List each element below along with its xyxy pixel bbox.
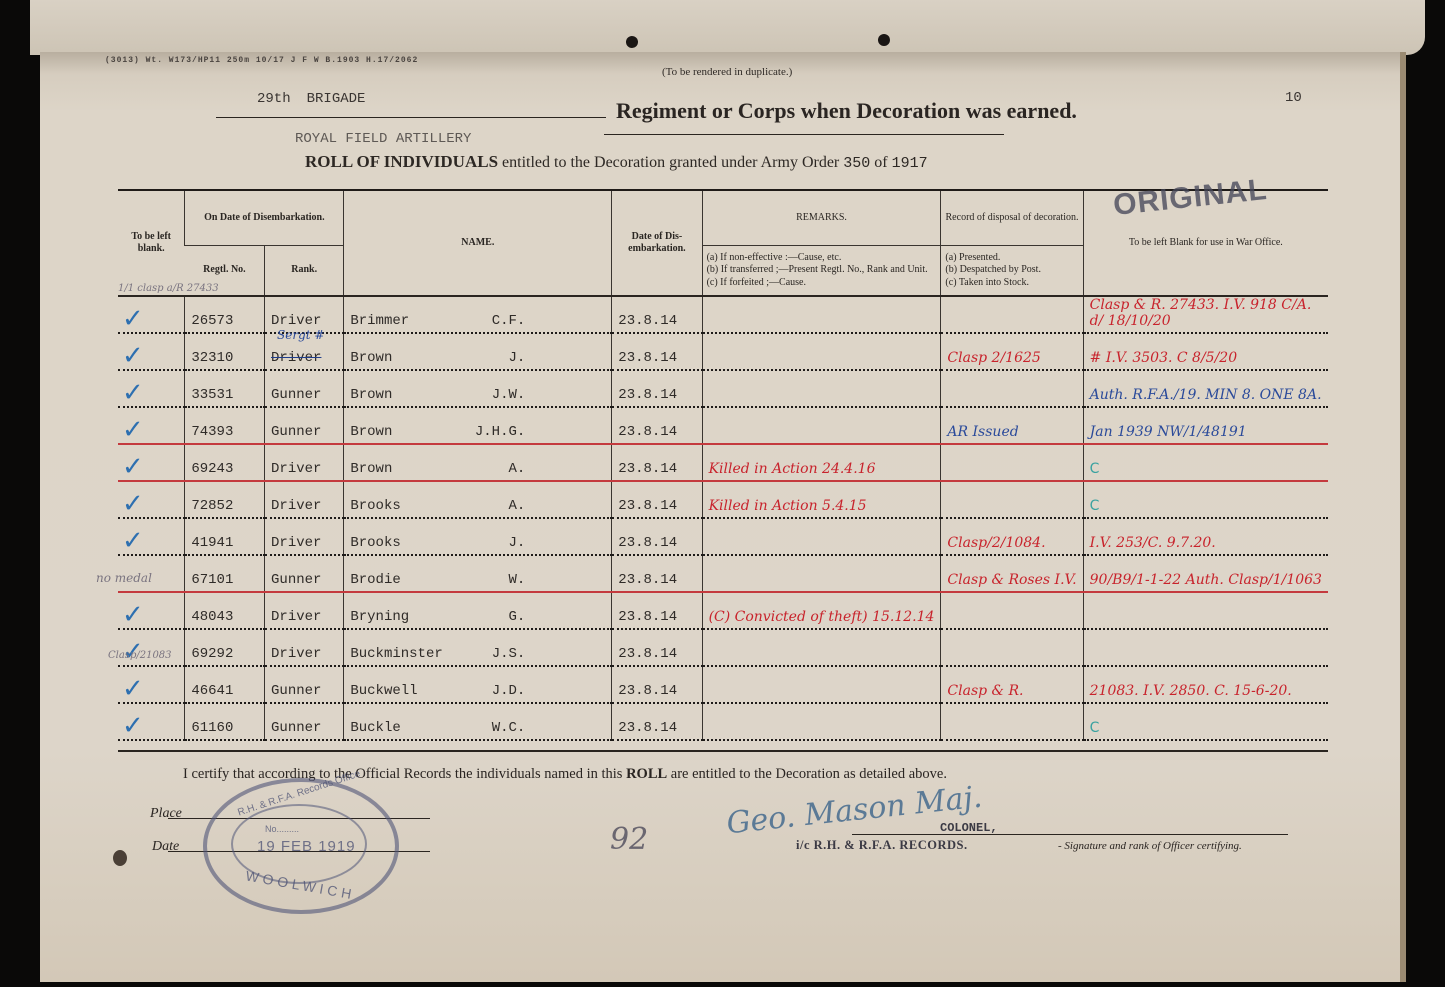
disposal: Clasp & Roses I.V. [941, 555, 1083, 592]
regtl-no: 41941 [185, 518, 265, 555]
table-row: ✓48043DriverBryningG.23.8.14(C) Convicte… [118, 592, 1328, 629]
name-cell: BrimmerC.F. [344, 296, 612, 333]
rank-correction: Sergt # [277, 328, 324, 342]
table-row: ✓41941DriverBrooksJ.23.8.14Clasp/2/1084.… [118, 518, 1328, 555]
name-cell: BrownA. [344, 444, 612, 481]
date: 23.8.14 [612, 481, 702, 518]
rank: Gunner [265, 555, 344, 592]
rank-line [1040, 834, 1288, 835]
disposal-b: (b) Despatched by Post. [945, 264, 1078, 277]
remarks: (C) Convicted of theft) 15.12.14 [702, 592, 941, 629]
surname: Brown [350, 350, 392, 366]
regtl-no: 32310 [185, 333, 265, 370]
binding-hole [878, 34, 890, 46]
page-number: 10 [1285, 90, 1302, 106]
war-office-note: I.V. 253/C. 9.7.20. [1083, 518, 1328, 555]
regtl-no: 46641 [185, 666, 265, 703]
regtl-no: 69292 [185, 629, 265, 666]
table-row: ✓72852DriverBrooksA.23.8.14Killed in Act… [118, 481, 1328, 518]
remarks [702, 333, 941, 370]
header-remarks-detail: (a) If non-effective :—Cause, etc. (b) I… [702, 246, 941, 297]
remarks-a: (a) If non-effective :—Cause, etc. [707, 252, 937, 265]
regtl-no: 67101 [185, 555, 265, 592]
certify-prefix: I certify that according to the Official… [183, 766, 622, 782]
roll-prefix: ROLL OF INDIVIDUALS [305, 152, 498, 171]
remarks: Killed in Action 24.4.16 [702, 444, 941, 481]
remarks [702, 555, 941, 592]
table-row: ✓69243DriverBrownA.23.8.14Killed in Acti… [118, 444, 1328, 481]
header-disposal-detail: (a) Presented. (b) Despatched by Post. (… [941, 246, 1083, 297]
war-office-note: # I.V. 3503. C 8/5/20 [1083, 333, 1328, 370]
date: 23.8.14 [612, 407, 702, 444]
date: 23.8.14 [612, 296, 702, 333]
disposal [941, 370, 1083, 407]
disposal-c: (c) Taken into Stock. [945, 277, 1078, 290]
surname: Brooks [350, 498, 400, 514]
war-office-note: C [1083, 481, 1328, 518]
roll-table: To be left blank. On Date of Disembarkat… [118, 189, 1328, 741]
initials: J. [508, 350, 525, 366]
roll-heading: ROLL OF INDIVIDUALS entitled to the Deco… [305, 152, 928, 172]
remarks [702, 666, 941, 703]
rank: Gunner [265, 370, 344, 407]
check-mark-icon: ✓ [122, 378, 144, 408]
surname: Buckle [350, 720, 400, 736]
name-cell: BryningG. [344, 592, 612, 629]
remarks: Killed in Action 5.4.15 [702, 481, 941, 518]
surname: Brooks [350, 535, 400, 551]
initials: J.W. [492, 387, 526, 403]
disposal-a: (a) Presented. [945, 252, 1078, 265]
remarks-c: (c) If forfeited ;—Cause. [707, 277, 937, 290]
table-row: ✓74393GunnerBrownJ.H.G.23.8.14AR IssuedJ… [118, 407, 1328, 444]
check-mark-icon: ✓ [122, 600, 144, 630]
date: 23.8.14 [612, 333, 702, 370]
brigade-underline [216, 117, 606, 118]
war-office-note [1083, 592, 1328, 629]
initials: G. [508, 609, 525, 625]
check-mark-icon: ✓ [122, 526, 144, 556]
surname: Brodie [350, 572, 400, 588]
table-bottom-rule [118, 750, 1328, 752]
disposal: AR Issued [941, 407, 1083, 444]
name-cell: BrownJ. [344, 333, 612, 370]
print-code: (3013) Wt. W173/HP11 250m 10/17 J F W B.… [105, 56, 418, 65]
name-cell: BrownJ.W. [344, 370, 612, 407]
disposal [941, 481, 1083, 518]
previous-page-edge [30, 0, 1425, 55]
brigade-number: 29th [257, 91, 291, 107]
rank: Driver [271, 350, 321, 366]
initials: W.C. [492, 720, 526, 736]
date: 23.8.14 [612, 370, 702, 407]
surname: Brown [350, 387, 392, 403]
surname: Buckwell [350, 683, 417, 699]
regtl-no: 61160 [185, 703, 265, 740]
initials: J.H.G. [475, 424, 525, 440]
regtl-no: 74393 [185, 407, 265, 444]
margin-note: Clasp/21083 [108, 650, 172, 661]
rank: Gunner [265, 703, 344, 740]
disposal [941, 444, 1083, 481]
name-cell: BrodieW. [344, 555, 612, 592]
binding-hole [626, 36, 638, 48]
brigade-label: BRIGADE [307, 91, 366, 107]
records-label: i/c R.H. & R.F.A. RECORDS. [796, 838, 968, 853]
war-office-note: Jan 1939 NW/1/48191 [1083, 407, 1328, 444]
disposal: Clasp/2/1084. [941, 518, 1083, 555]
war-office-note: Clasp & R. 27433. I.V. 918 C/A. d/ 18/10… [1083, 296, 1328, 333]
table-row: ✓33531GunnerBrownJ.W.23.8.14Auth. R.F.A.… [118, 370, 1328, 407]
regtl-no: 33531 [185, 370, 265, 407]
surname: Brown [350, 424, 392, 440]
rank: Driver [265, 518, 344, 555]
header-left-blank: To be left blank. [118, 190, 185, 296]
table-row: ✓61160GunnerBuckleW.C.23.8.14C [118, 703, 1328, 740]
initials: A. [508, 461, 525, 477]
table-row: ✓Clasp/2108369292DriverBuckminsterJ.S.23… [118, 629, 1328, 666]
initials: C.F. [492, 313, 526, 329]
rank: Driver [265, 592, 344, 629]
header-name: NAME. [344, 190, 612, 296]
of-label: of [874, 154, 887, 171]
disposal [941, 629, 1083, 666]
check-mark-icon: ✓ [122, 711, 144, 741]
name-cell: BuckleW.C. [344, 703, 612, 740]
initials: J. [508, 535, 525, 551]
disposal [941, 296, 1083, 333]
disposal [941, 592, 1083, 629]
name-cell: BrooksA. [344, 481, 612, 518]
certify-roll: ROLL [626, 766, 667, 782]
remarks [702, 407, 941, 444]
signature-caption: - Signature and rank of Officer certifyi… [1058, 840, 1242, 852]
regtl-no: 72852 [185, 481, 265, 518]
disposal: Clasp 2/1625 [941, 333, 1083, 370]
records-office-stamp: R.H. & R.F.A. Records Office No.........… [203, 778, 399, 914]
remarks-b: (b) If transferred ;—Present Regtl. No.,… [707, 264, 937, 277]
check-mark-icon: ✓ [122, 341, 144, 371]
war-office-note: 90/B9/1-1-22 Auth. Clasp/1/1063 [1083, 555, 1328, 592]
surname: Brimmer [350, 313, 409, 329]
army-order-number: 350 [843, 155, 870, 172]
date: 23.8.14 [612, 592, 702, 629]
brigade: 29thBRIGADE [257, 91, 365, 107]
rank: Driver [265, 629, 344, 666]
rank: Gunner [265, 666, 344, 703]
name-cell: BuckwellJ.D. [344, 666, 612, 703]
check-mark-icon: ✓ [122, 452, 144, 482]
date: 23.8.14 [612, 518, 702, 555]
place-label: Place [150, 806, 182, 822]
date: 23.8.14 [612, 703, 702, 740]
check-mark-icon: ✓ [122, 489, 144, 519]
order-year: 1917 [892, 155, 928, 172]
war-office-note: C [1083, 444, 1328, 481]
rank: Gunner [265, 407, 344, 444]
initials: A. [508, 498, 525, 514]
header-date: Date of Dis-embarkation. [612, 190, 702, 296]
roll-body: ✓1/1 clasp a/R 2743326573DriverBrimmerC.… [118, 296, 1328, 740]
margin-note: no medal [96, 571, 152, 585]
check-mark-icon: ✓ [122, 674, 144, 704]
roll-text: entitled to the Decoration granted under… [502, 154, 839, 171]
initials: J.D. [492, 683, 526, 699]
surname: Brown [350, 461, 392, 477]
date-label: Date [152, 839, 179, 855]
table-row: no medal67101GunnerBrodieW.23.8.14Clasp … [118, 555, 1328, 592]
remarks [702, 703, 941, 740]
stamp-date: 19 FEB 1919 [257, 838, 356, 855]
header-rank: Rank. [265, 246, 344, 297]
colonel-label: COLONEL, [940, 821, 998, 835]
duplicate-note: (To be rendered in duplicate.) [662, 66, 792, 78]
punch-hole [113, 850, 127, 866]
remarks [702, 296, 941, 333]
disposal: Clasp & R. [941, 666, 1083, 703]
war-office-note: 21083. I.V. 2850. C. 15-6-20. [1083, 666, 1328, 703]
margin-note: 1/1 clasp a/R 27433 [118, 283, 219, 294]
initials: W. [508, 572, 525, 588]
remarks [702, 629, 941, 666]
regtl-no: 69243 [185, 444, 265, 481]
pencil-mark: 92 [610, 822, 648, 857]
remarks [702, 370, 941, 407]
war-office-note: C [1083, 703, 1328, 740]
certify-suffix: are entitled to the Decoration as detail… [671, 766, 947, 782]
war-office-note [1083, 629, 1328, 666]
date: 23.8.14 [612, 666, 702, 703]
disposal [941, 703, 1083, 740]
check-mark-icon: ✓ [122, 304, 144, 334]
rank: Driver [265, 481, 344, 518]
initials: J.S. [492, 646, 526, 662]
name-cell: BuckminsterJ.S. [344, 629, 612, 666]
name-cell: BrownJ.H.G. [344, 407, 612, 444]
surname: Bryning [350, 609, 409, 625]
date: 23.8.14 [612, 555, 702, 592]
stamp-number: No......... [265, 824, 299, 834]
title-underline [604, 134, 1004, 135]
war-office-note: Auth. R.F.A./19. MIN 8. ONE 8A. [1083, 370, 1328, 407]
table-row: ✓32310DriverSergt #BrownJ.23.8.14Clasp 2… [118, 333, 1328, 370]
rank: Driver [265, 444, 344, 481]
regtl-no: 48043 [185, 592, 265, 629]
header-disposal: Record of disposal of decoration. [941, 190, 1083, 246]
date: 23.8.14 [612, 444, 702, 481]
unit-name: ROYAL FIELD ARTILLERY [295, 131, 471, 147]
header-remarks: REMARKS. [702, 190, 941, 246]
check-mark-icon: ✓ [122, 415, 144, 445]
date: 23.8.14 [612, 629, 702, 666]
surname: Buckminster [350, 646, 442, 662]
table-row: ✓46641GunnerBuckwellJ.D.23.8.14Clasp & R… [118, 666, 1328, 703]
header-on-date: On Date of Disembarkation. [185, 190, 344, 246]
regtl-no: 26573 [185, 296, 265, 333]
regiment-title: Regiment or Corps when Decoration was ea… [616, 98, 1077, 124]
remarks [702, 518, 941, 555]
rank-cell: DriverSergt # [265, 333, 344, 370]
name-cell: BrooksJ. [344, 518, 612, 555]
